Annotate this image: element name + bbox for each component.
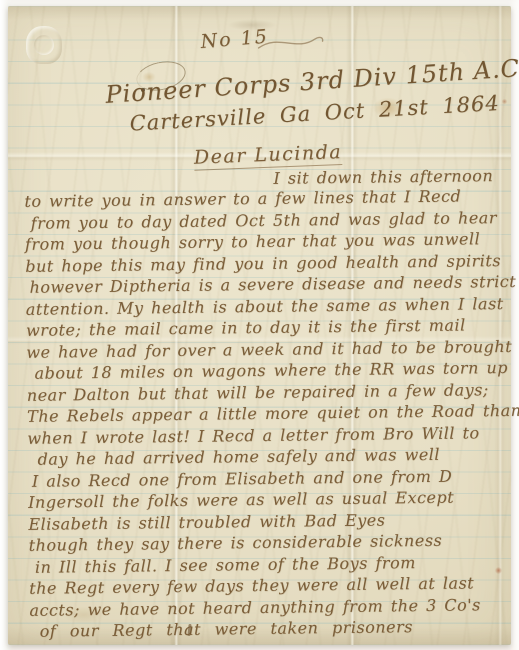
letter-paper: No 15 Pioneer Corps 3rd Div 15th A.C. Ca… [8,6,511,645]
flourish-stroke [256,31,326,54]
salutation: Dear Lucinda [194,141,343,171]
letter-line: of our Regt that were taken prisoners [40,615,508,642]
letter-ink-layer: No 15 Pioneer Corps 3rd Div 15th A.C. Ca… [4,3,515,648]
letter-body: to write you in answer to a few lines th… [24,185,507,643]
